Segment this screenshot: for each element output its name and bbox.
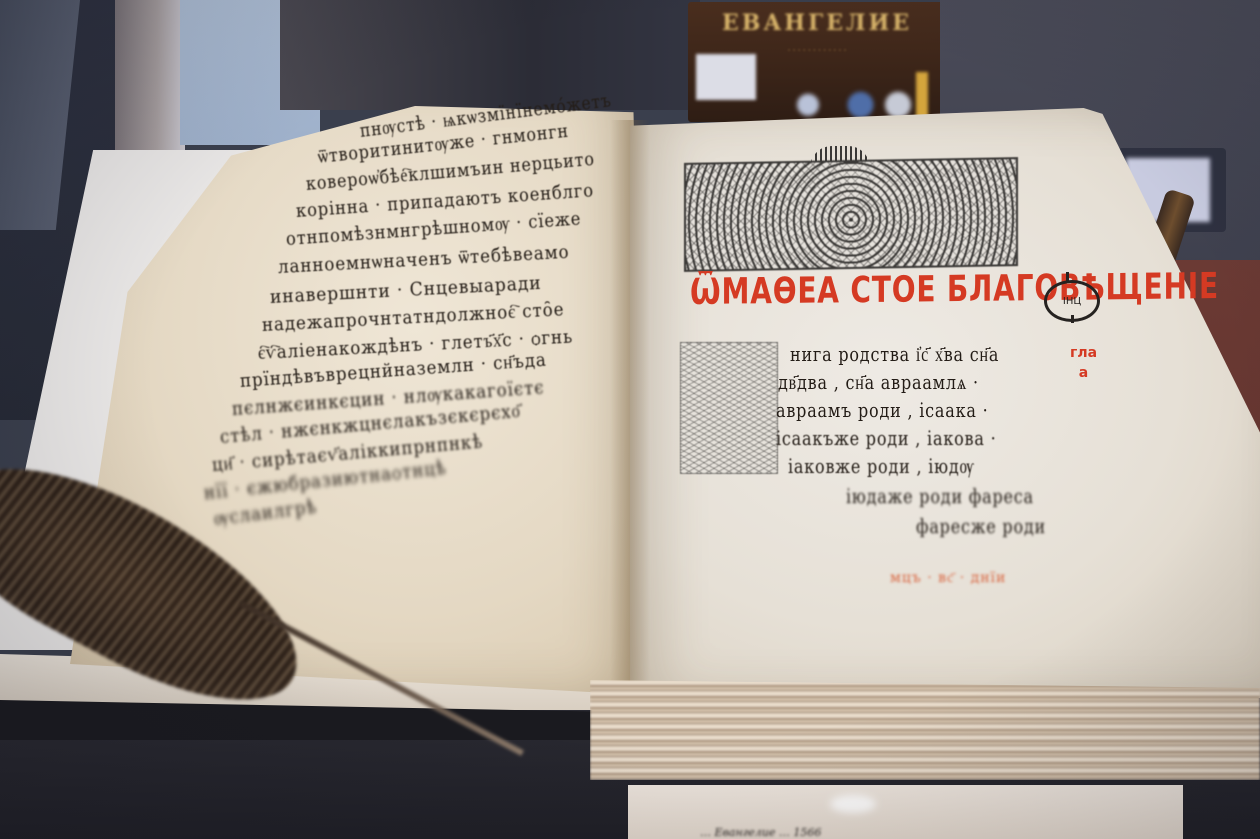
right-page-line: іюдаже роди фареса	[846, 484, 1034, 508]
chapter-number: а	[1070, 363, 1097, 383]
right-page-line: авраамъ роди , ісаака ·	[776, 398, 989, 422]
illuminated-initial-letter	[680, 342, 778, 474]
right-page-edges	[590, 680, 1260, 780]
poster-title: ЕВАНГЕЛИЕ	[688, 10, 946, 36]
poster-people-image	[778, 82, 928, 120]
right-page-line: фаресже роди	[916, 514, 1046, 538]
rubric-title: ѾМАѲЕА СТОЕ БЛАГОВѢЩЕНІЕ	[690, 266, 1219, 313]
decorative-headpiece	[684, 157, 1018, 272]
right-page-line: іаковже роди , іюдѹ	[788, 454, 974, 479]
poster-panel	[696, 54, 756, 100]
background-pillar	[115, 0, 185, 150]
museum-label-text: … Евангелие … 1566	[700, 826, 821, 839]
ornament-cross-bottom	[1071, 315, 1074, 323]
rubric-footer: мцъ · вс҃ · днїи	[890, 570, 1006, 587]
right-page-line: дв҃два , сн҃а авраамлѧ ·	[778, 370, 979, 395]
poster-gold-column	[916, 72, 928, 120]
margin-chapter-mark: гла а	[1070, 343, 1097, 383]
background-poster: ЕВАНГЕЛИЕ · · · · · · · · · · · ·	[688, 2, 946, 122]
right-page-line: ісаакъже роди , іакова ·	[776, 426, 996, 450]
chapter-label: гла	[1070, 343, 1097, 363]
ornament-text: ІНЦ	[1063, 296, 1081, 307]
photo-scene: ЕВАНГЕЛИЕ · · · · · · · · · · · · пнѹстѣ…	[0, 0, 1260, 839]
right-page-line: нига родства і҆с҃ х҃ва сн҃а	[790, 342, 999, 367]
book-gutter	[610, 120, 650, 700]
label-glare	[830, 795, 876, 813]
background-display-top	[280, 0, 700, 110]
